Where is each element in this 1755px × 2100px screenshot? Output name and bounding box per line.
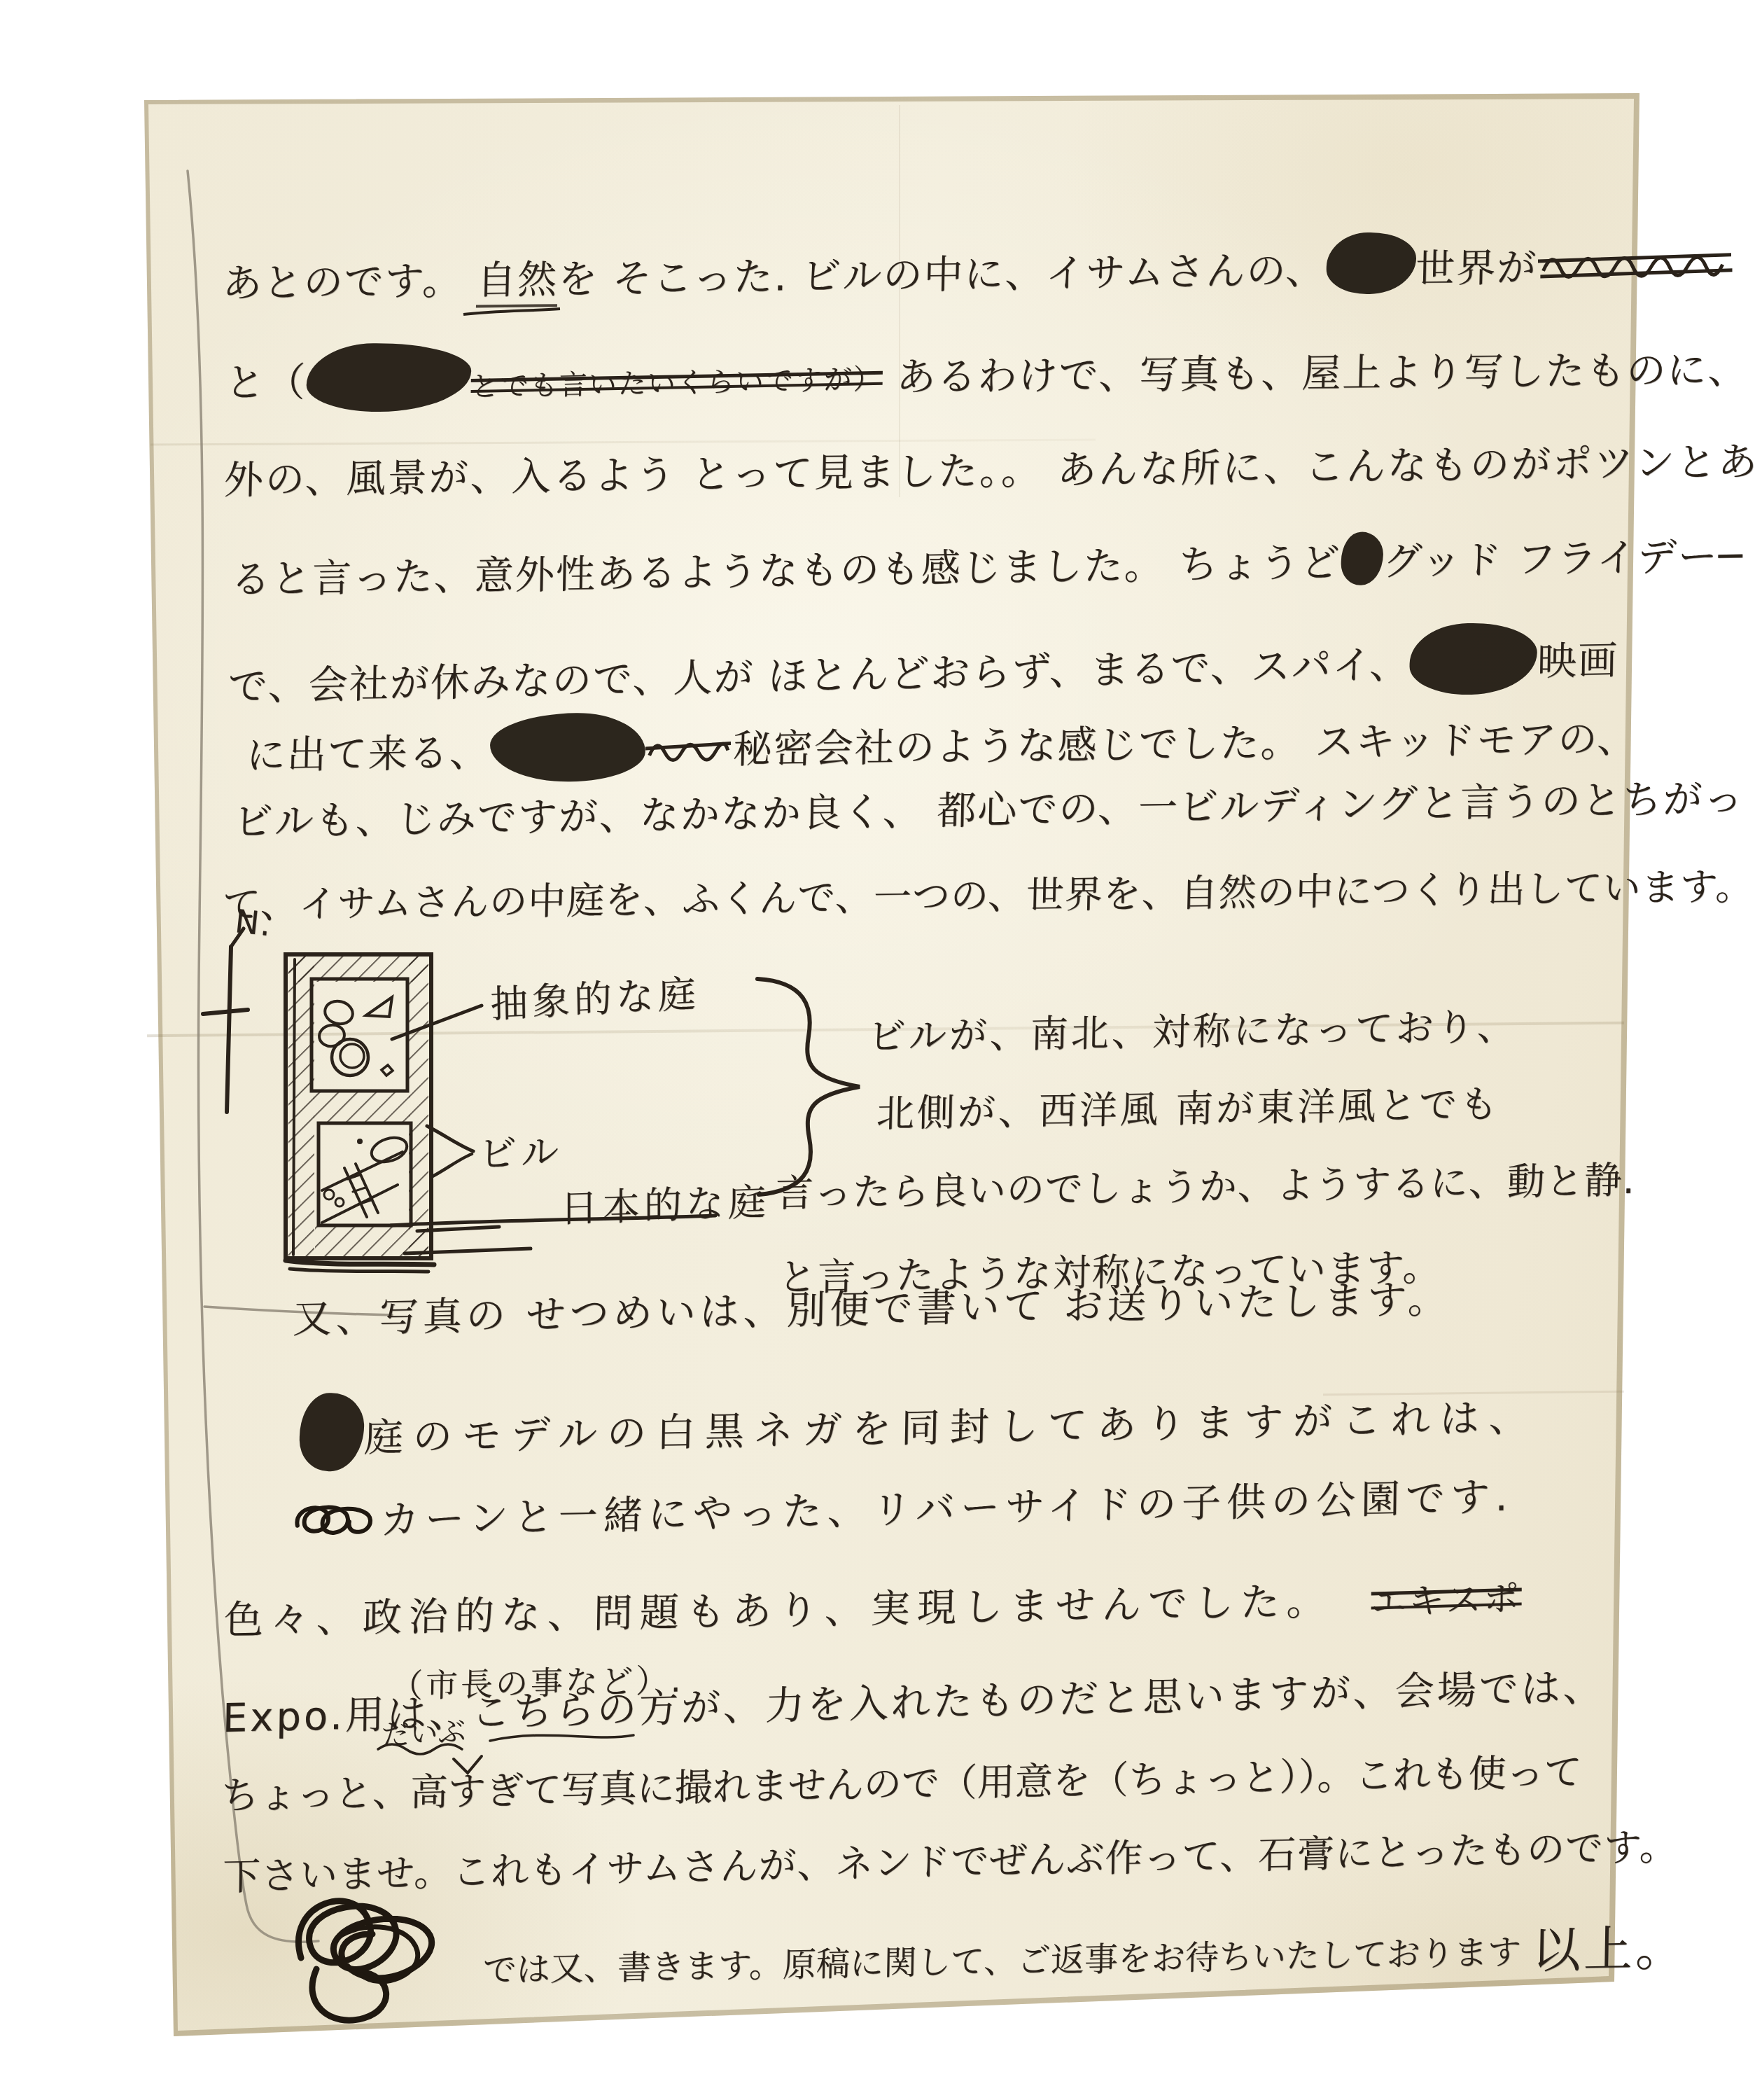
closing-word: 以上。 [1531,1919,1687,1980]
line6-text-2: 秘密会社のような感じでした。 スキッドモアの、 [732,716,1638,773]
north-label: N. [233,902,274,943]
letter-line-2: と（とでも言いたいくらいですが） あるわけで、写真も、屋上より写したものに、 [225,331,1749,413]
diagram-note-1: ビルが、南北、対称になっており、 [867,996,1518,1061]
line1-text-3: 世界が [1415,245,1538,292]
label-japanese-garden: 日本的な庭 [560,1172,770,1234]
ink-blot [1409,622,1538,696]
line2-crossed-out-phrase: とでも言いたいくらいですが） [470,357,883,405]
line5-text-2: 映画 [1537,638,1618,685]
line1-underlined-word: 自然 [476,257,559,307]
ink-blot [306,342,473,412]
line4-text-2: グッド フライデー─ [1383,534,1744,585]
line17-text: では又、書きます。原稿に関して、ご返事をお待ちいたしております [482,1933,1521,1990]
label-abstract-garden: 抽象的な庭 [489,964,700,1029]
crossed-out-illegible-word [645,731,733,772]
label-building: ビル [479,1122,563,1178]
crossed-out-illegible-word [1537,241,1734,288]
line10-text: 庭のモデルの白黒ネガを同封してありますがこれは、 [363,1395,1538,1461]
loop-scribble [291,1496,381,1543]
line1-text-2: を そこった. ビルの中に、イサムさんの、 [557,248,1327,303]
line1-text: あとのです。 [222,258,477,307]
scanned-letter-page: あとのです。 自然を そこった. ビルの中に、イサムさんの、世界が と（とでも言… [0,0,1755,2100]
insertion-note: だいぶ [381,1709,467,1753]
line2-text: と（ [225,360,307,406]
diagram-note-2: 北側が、西洋風 南が東洋風とでも [876,1074,1501,1138]
line12-crossed-out-word: エキスポ [1371,1571,1521,1625]
line15-text: ちょっと、 [221,1770,410,1818]
ink-blot [299,1392,365,1472]
ink-blot [489,712,646,783]
ink-blot-small [1341,531,1383,585]
line2-text-2: あるわけで、写真も、屋上より写したものに、 [896,347,1749,401]
line6-text: に出て来る、 [246,730,490,779]
ink-blot [1325,232,1416,295]
